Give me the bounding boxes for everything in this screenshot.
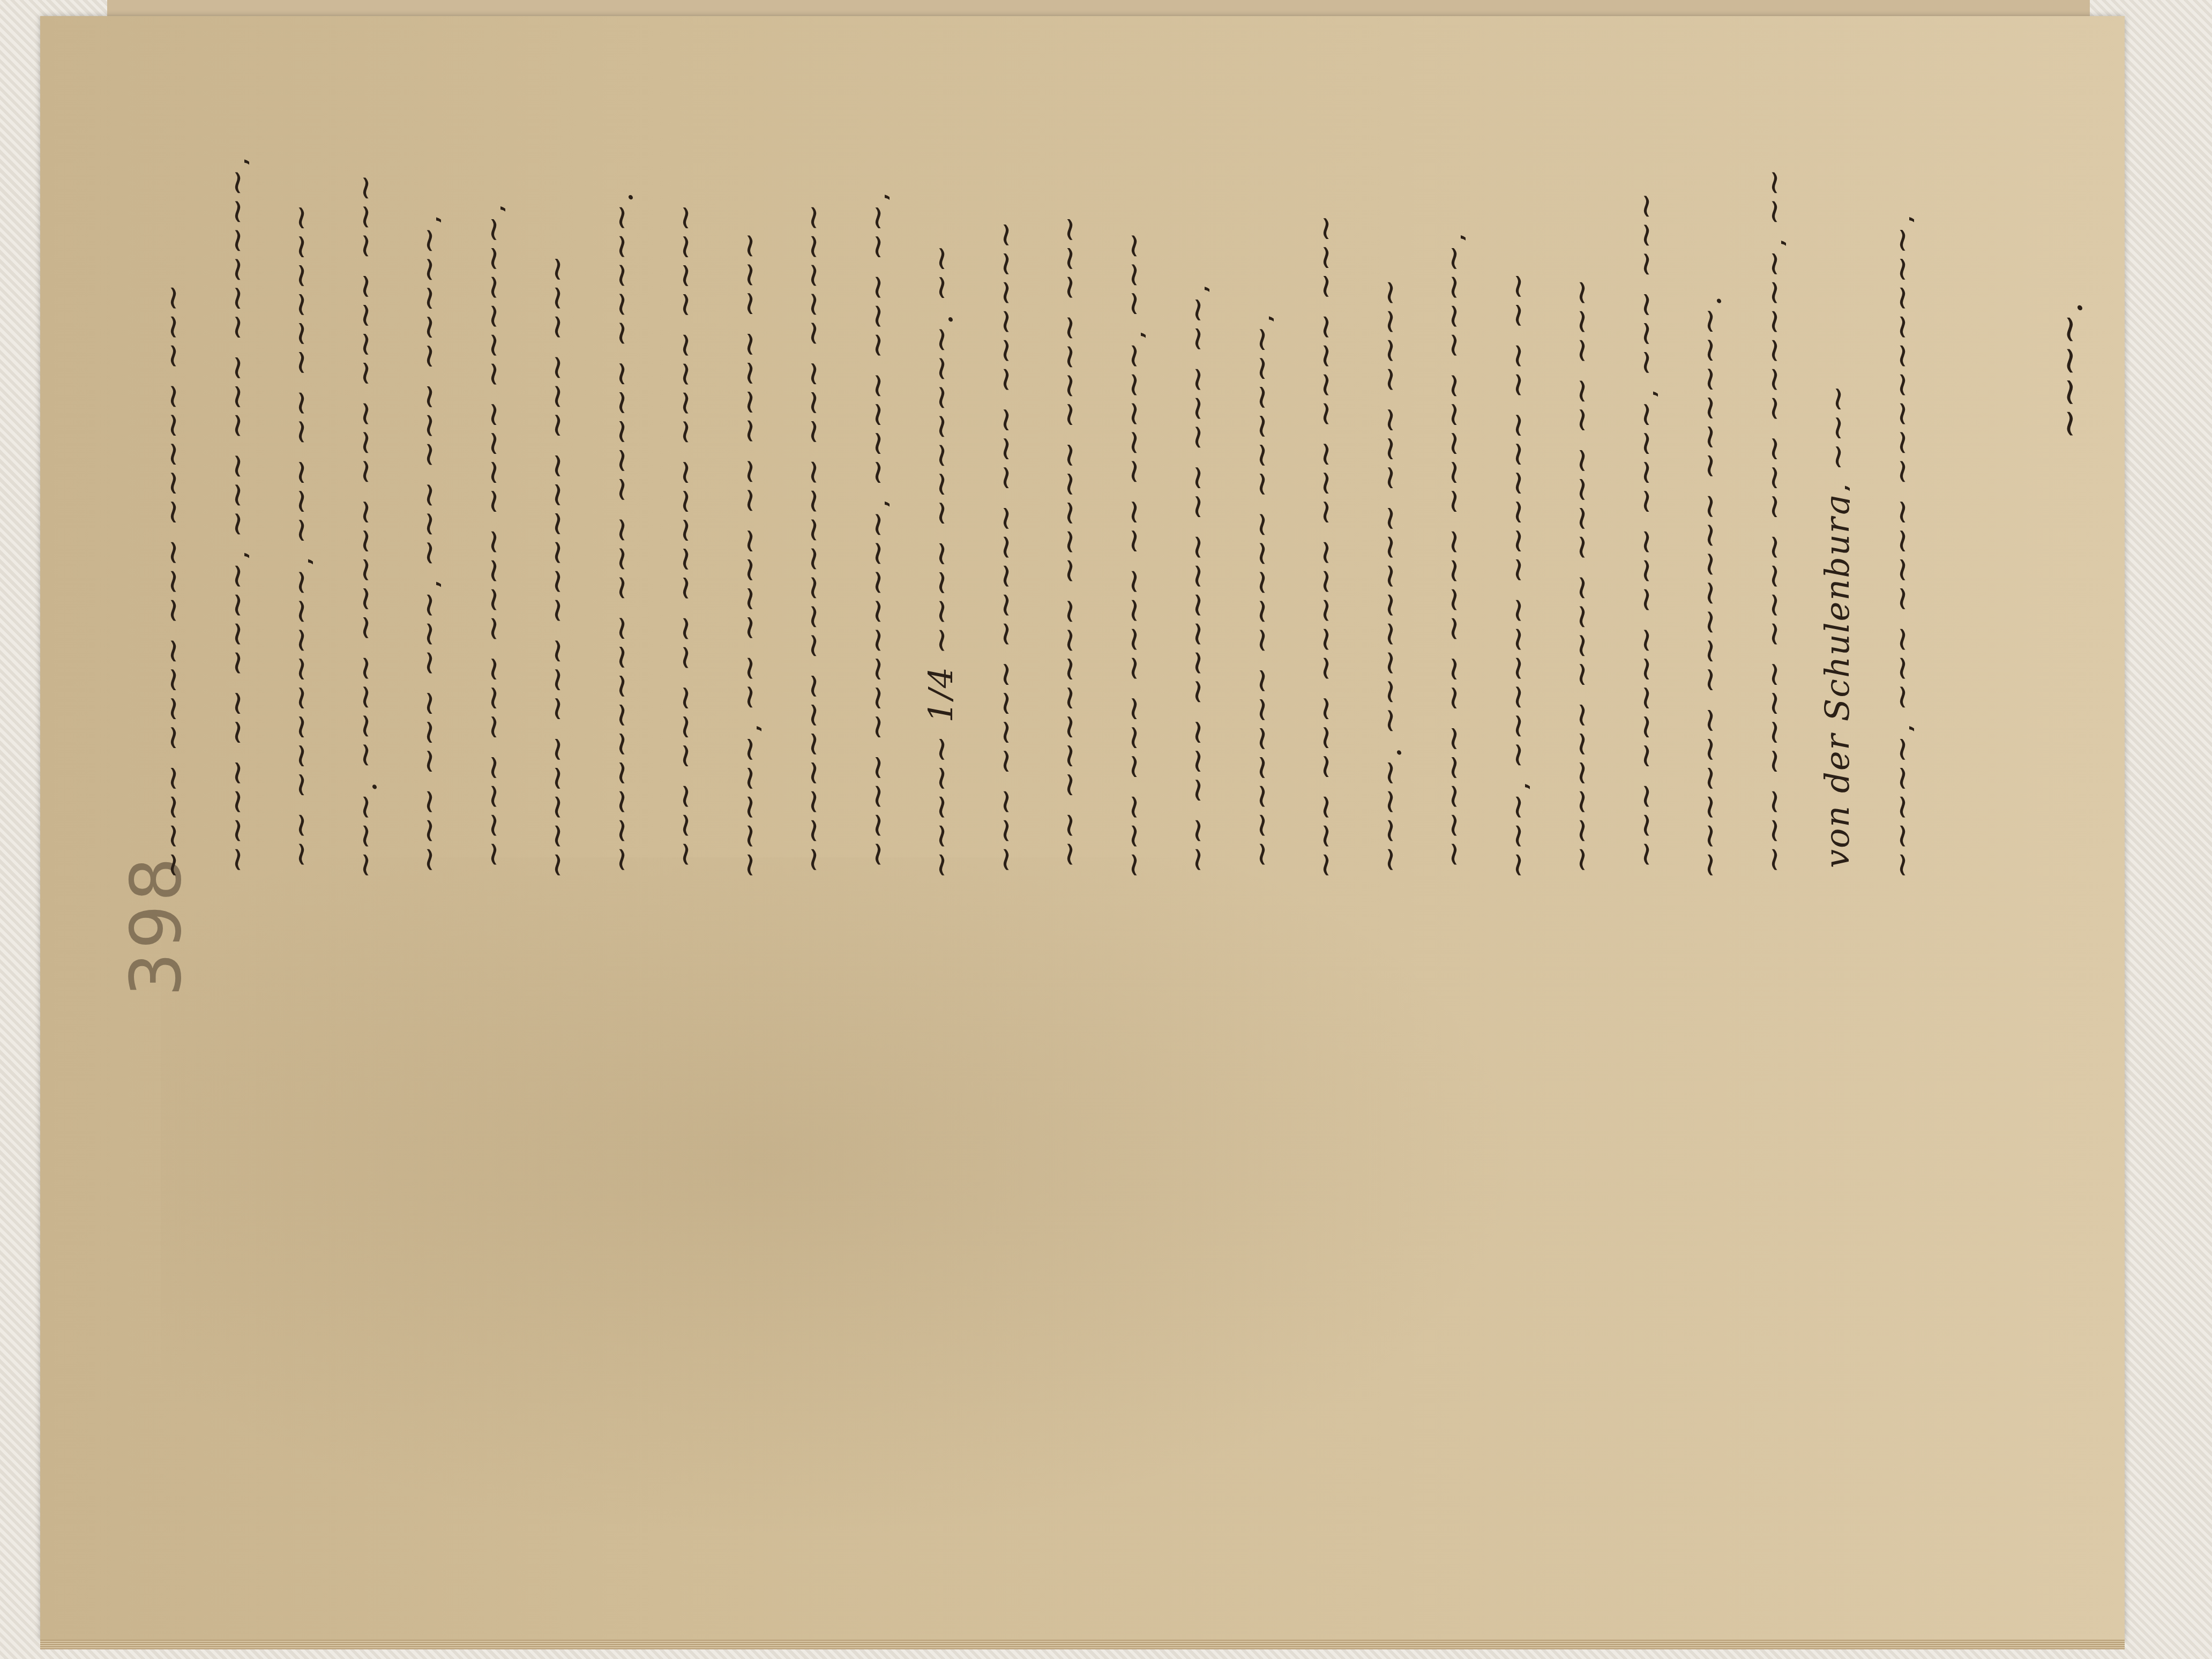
- handwritten-line: ∼∼ ∼∼∼∼∼∼∼ ∼∼∼∼∼ ∼∼∼∼ ∼∼∼: [1049, 64, 1081, 868]
- handwritten-line: ∼∼∼∼ ∼∼∼∼∼∼∼∼, ∼∼∼∼ ∼∼∼ ∼∼,: [857, 64, 890, 868]
- handwritten-line: ∼∼∼ ∼∼∼∼ ∼∼∼∼∼ ∼∼∼ ∼∼∼∼∼∼: [985, 70, 1018, 873]
- handwritten-line: ∼∼∼ ∼∼∼∼ ∼∼∼∼ ∼∼∼ ∼∼∼∼∼∼, ∼∼: [1754, 70, 1786, 873]
- handwritten-line: ∼∼∼, ∼∼∼∼∼∼ ∼∼∼∼∼∼ ∼∼ ∼∼: [1498, 75, 1530, 879]
- handwritten-line: ∼∼∼ ∼∼∼ ∼∼∼∼ ∼∼ ∼∼∼∼∼, ∼∼∼: [1114, 75, 1146, 879]
- handwritten-line: ∼∼ ∼∼∼∼∼∼∼∼, ∼∼∼ ∼∼ ∼∼∼∼∼∼: [281, 64, 313, 868]
- handwritten-line: ∼∼∼∼∼, ∼∼ ∼∼∼∼ ∼∼ ∼∼∼∼ ∼∼∼: [729, 75, 761, 879]
- handwritten-line: ∼∼∼∼. ∼∼∼∼∼∼∼∼ ∼∼∼ ∼∼∼∼: [1370, 70, 1402, 873]
- handwritten-text-block: ∼∼∼∼ ∼∼∼∼ ∼∼∼ ∼∼∼∼∼ ∼∼∼∼∼∼∼ ∼∼ ∼∼∼∼, ∼∼∼…: [0, 0, 2212, 1659]
- handwritten-line: ∼∼∼∼ ∼∼ ∼∼∼∼, ∼∼∼ ∼∼∼ ∼∼∼∼∼∼,: [217, 70, 249, 873]
- handwritten-line: ∼∼∼∼∼∼∼ ∼∼∼∼∼ ∼∼∼∼∼∼,: [1242, 64, 1274, 868]
- handwritten-line: ∼∼∼∼∼∼ ∼∼∼∼ ∼∼∼∼ ∼∼ ∼∼∼: [1561, 70, 1594, 873]
- handwritten-line: ∼∼∼∼∼∼ ∼∼∼∼∼∼∼ ∼∼∼∼∼∼.: [1690, 75, 1722, 879]
- handwritten-line: ∼∼∼∼∼ 1/4 ∼∼∼∼ ∼∼∼∼∼∼∼. ∼∼: [921, 75, 953, 879]
- handwritten-line: ∼∼∼∼∼ ∼∼ ∼∼∼∼ ∼∼∼∼∼ ∼∼∼∼,: [1433, 64, 1466, 868]
- handwritten-line: ∼∼∼∼∼, ∼∼∼ ∼∼∼∼ ∼∼∼∼∼∼∼∼∼,: [1882, 75, 1914, 879]
- handwritten-line: ∼∼∼ ∼∼∼ ∼∼ ∼∼∼∼∼ ∼∼∼∼ ∼∼∼∼: [665, 64, 697, 868]
- handwritten-line: ∼∼∼∼∼ ∼∼∼ ∼∼∼∼∼∼ ∼∼∼ ∼∼∼: [537, 75, 569, 879]
- handwritten-line: ∼∼∼ ∼∼∼∼∼ ∼∼∼ ∼∼∼∼, ∼∼∼ ∼∼∼: [1626, 64, 1658, 868]
- handwritten-line: ∼∼∼∼∼∼∼∼∼ ∼∼∼ ∼∼∼∼∼ ∼∼∼∼∼.: [601, 70, 633, 873]
- handwritten-line: ∼∼ ∼∼∼ ∼∼∼∼∼∼ ∼∼ ∼∼∼ ∼∼,: [1177, 70, 1209, 873]
- handwritten-line: von der Schulenburg, ∼∼∼: [1818, 64, 1850, 868]
- handwritten-line: ∼∼∼. ∼∼∼∼ ∼∼∼∼∼ ∼∼∼ ∼∼∼∼ ∼∼∼: [345, 75, 377, 879]
- handwritten-line: ∼∼∼∼ ∼∼∼∼ ∼∼∼ ∼∼∼∼∼ ∼∼∼: [153, 75, 185, 879]
- handwritten-line: ∼∼∼∼ ∼∼∼ ∼∼∼∼ ∼∼∼∼ ∼∼∼∼∼∼,: [473, 64, 505, 868]
- signature: ∼∼∼∼.: [2047, 302, 2091, 439]
- handwritten-line: ∼∼∼ ∼∼∼ ∼∼∼, ∼∼∼ ∼∼∼ ∼∼∼∼∼,: [409, 70, 441, 873]
- handwritten-line: ∼∼∼∼∼∼∼ ∼∼∼∼∼∼∼ ∼∼∼ ∼∼∼∼∼: [793, 70, 825, 873]
- handwritten-line: ∼∼∼ ∼∼∼ ∼∼∼∼∼ ∼∼∼ ∼∼∼∼ ∼∼∼: [1305, 75, 1337, 879]
